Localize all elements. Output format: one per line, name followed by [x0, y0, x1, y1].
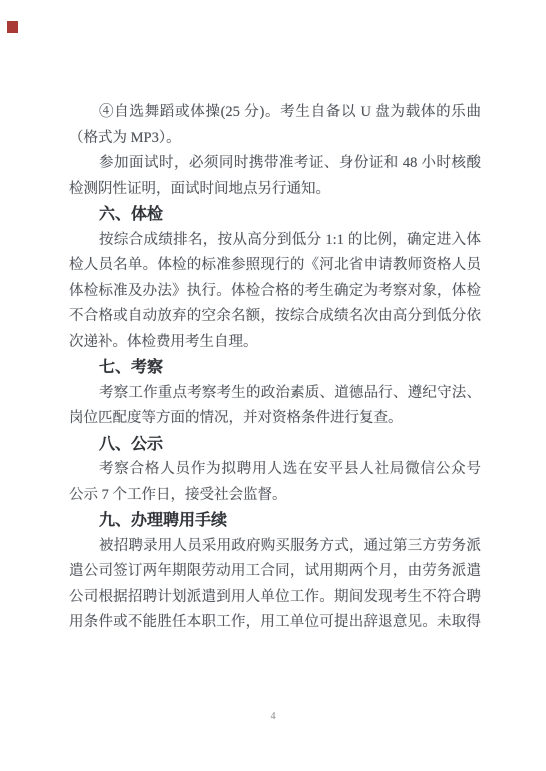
- text-line: 不合格或自动放弃的空余名额，按综合成绩名次由高分到低分依: [69, 304, 481, 330]
- text-line: （格式为 MP3）。: [69, 126, 481, 152]
- document-body: ④自选舞蹈或体操(25 分)。考生自备以 U 盘为载体的乐曲（格式为 MP3）。…: [69, 100, 481, 636]
- red-corner-mark: [7, 21, 18, 33]
- page-number: 4: [0, 711, 546, 722]
- text-line: 检测阴性证明，面试时间地点另行通知。: [69, 177, 481, 203]
- text-line: 考察工作重点考察考生的政治素质、道德品行、遵纪守法、: [69, 381, 481, 407]
- text-line: 体检标准及办法》执行。体检合格的考生确定为考察对象，体检: [69, 279, 481, 305]
- text-line: 公司根据招聘计划派遣到用人单位工作。期间发现考生不符合聘: [69, 585, 481, 611]
- text-line: 公示 7 个工作日，接受社会监督。: [69, 483, 481, 509]
- section-heading: 六、体检: [69, 202, 481, 228]
- section-heading: 八、公示: [69, 432, 481, 458]
- section-heading: 九、办理聘用手续: [69, 508, 481, 534]
- text-line: 用条件或不能胜任本职工作，用工单位可提出辞退意见。未取得: [69, 610, 481, 636]
- text-line: 被招聘录用人员采用政府购买服务方式，通过第三方劳务派: [69, 534, 481, 560]
- text-line: 考察合格人员作为拟聘用人选在安平县人社局微信公众号: [69, 457, 481, 483]
- section-heading: 七、考察: [69, 355, 481, 381]
- document-page: ④自选舞蹈或体操(25 分)。考生自备以 U 盘为载体的乐曲（格式为 MP3）。…: [0, 0, 546, 771]
- text-line: 岗位匹配度等方面的情况，并对资格条件进行复查。: [69, 406, 481, 432]
- text-line: 参加面试时，必须同时携带准考证、身份证和 48 小时核酸: [69, 151, 481, 177]
- text-line: 次递补。体检费用考生自理。: [69, 330, 481, 356]
- text-line: 按综合成绩排名，按从高分到低分 1:1 的比例，确定进入体: [69, 228, 481, 254]
- text-line: 遣公司签订两年期限劳动用工合同，试用期两个月，由劳务派遣: [69, 559, 481, 585]
- text-line: 检人员名单。体检的标准参照现行的《河北省申请教师资格人员: [69, 253, 481, 279]
- text-line: ④自选舞蹈或体操(25 分)。考生自备以 U 盘为载体的乐曲: [69, 100, 481, 126]
